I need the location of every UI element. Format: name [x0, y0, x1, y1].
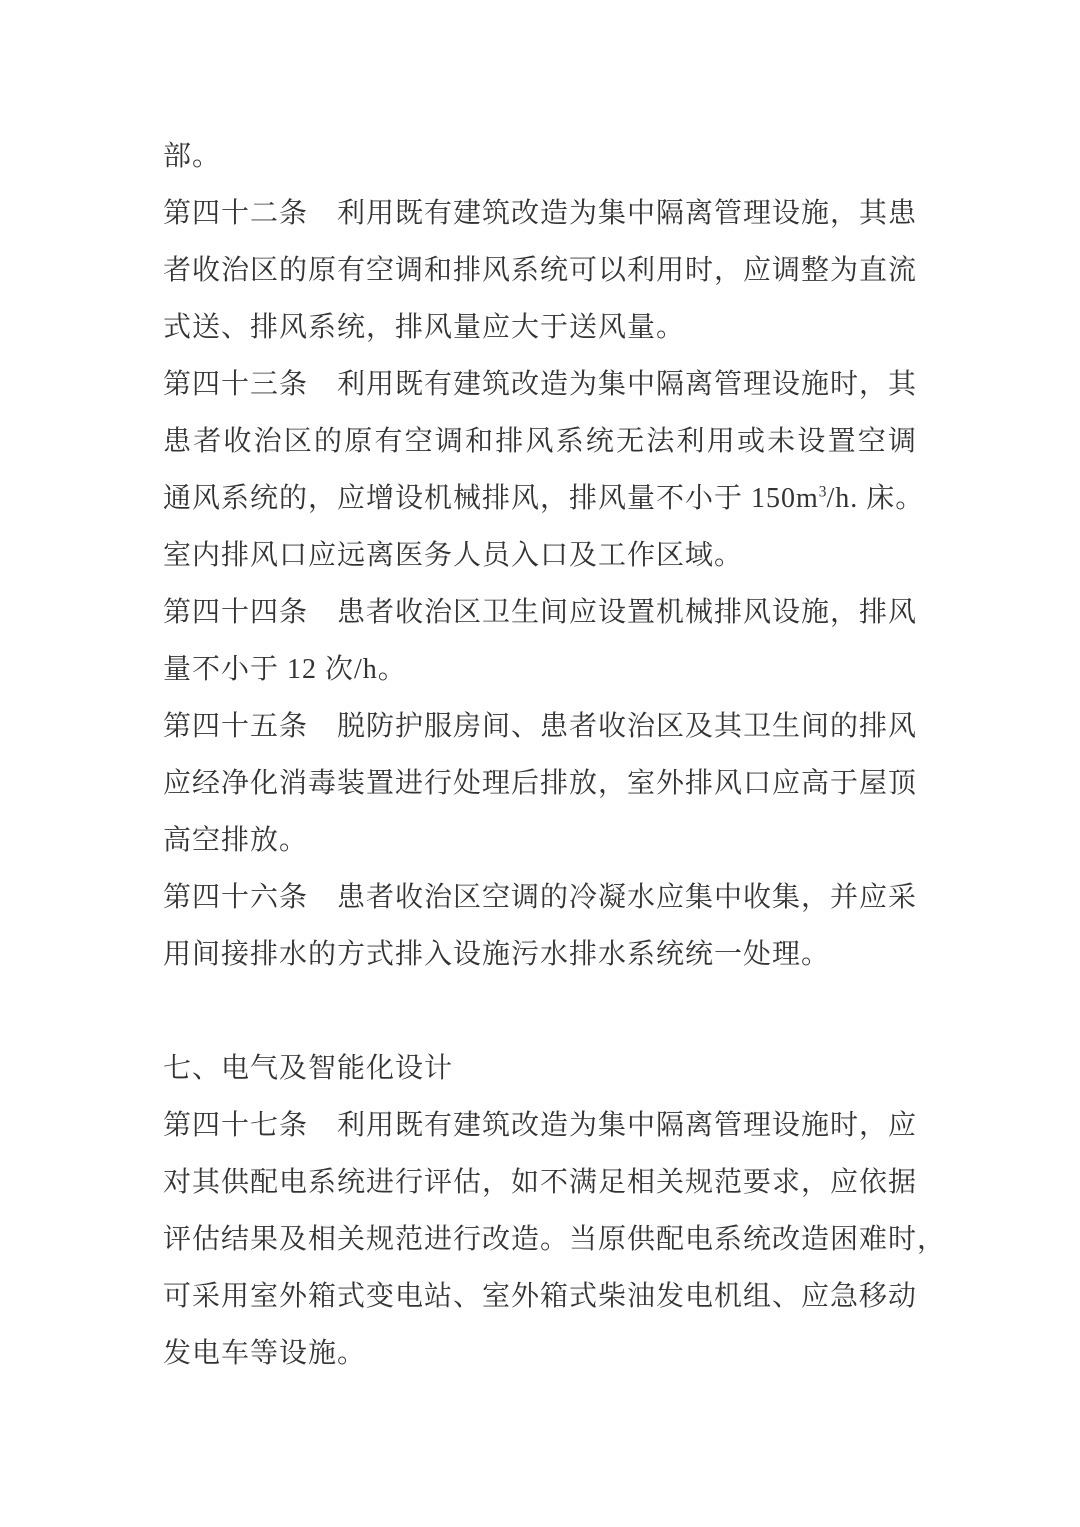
article-46-line: 第四十六条 患者收治区空调的冷凝水应集中收集，并应采: [163, 869, 917, 926]
document-line: 应经净化消毒装置进行处理后排放，室外排风口应高于屋顶: [163, 755, 917, 812]
document-line: 室内排风口应远离医务人员入口及工作区域。: [163, 527, 917, 584]
document-line: 可采用室外箱式变电站、室外箱式柴油发电机组、应急移动: [163, 1268, 917, 1325]
document-line: 评估结果及相关规范进行改造。当原供配电系统改造困难时，: [163, 1211, 917, 1268]
article-47-line: 第四十七条 利用既有建筑改造为集中隔离管理设施时，应: [163, 1097, 917, 1154]
line-text-suffix: /h. 床。: [827, 483, 925, 514]
document-line: 用间接排水的方式排入设施污水排水系统统一处理。: [163, 926, 917, 983]
document-line: 患者收治区的原有空调和排风系统无法利用或未设置空调: [163, 413, 917, 470]
article-45-line: 第四十五条 脱防护服房间、患者收治区及其卫生间的排风: [163, 698, 917, 755]
superscript-cubed: 3: [819, 484, 827, 501]
document-line: 发电车等设施。: [163, 1325, 917, 1382]
document-line: 式送、排风系统，排风量应大于送风量。: [163, 299, 917, 356]
document-line: 者收治区的原有空调和排风系统可以利用时，应调整为直流: [163, 242, 917, 299]
document-line: 部。: [163, 128, 917, 185]
document-line: 高空排放。: [163, 812, 917, 869]
article-42-line: 第四十二条 利用既有建筑改造为集中隔离管理设施，其患: [163, 185, 917, 242]
document-line-with-superscript: 通风系统的，应增设机械排风，排风量不小于 150m3/h. 床。: [163, 470, 917, 527]
article-44-line: 第四十四条 患者收治区卫生间应设置机械排风设施，排风: [163, 584, 917, 641]
document-line: 量不小于 12 次/h。: [163, 641, 917, 698]
document-line: 对其供配电系统进行评估，如不满足相关规范要求，应依据: [163, 1154, 917, 1211]
blank-line: [163, 983, 917, 1040]
article-43-line: 第四十三条 利用既有建筑改造为集中隔离管理设施时，其: [163, 356, 917, 413]
line-text-prefix: 通风系统的，应增设机械排风，排风量不小于 150m: [163, 483, 819, 514]
section-heading: 七、电气及智能化设计: [163, 1040, 917, 1097]
document-page: 部。 第四十二条 利用既有建筑改造为集中隔离管理设施，其患 者收治区的原有空调和…: [0, 0, 1080, 1382]
